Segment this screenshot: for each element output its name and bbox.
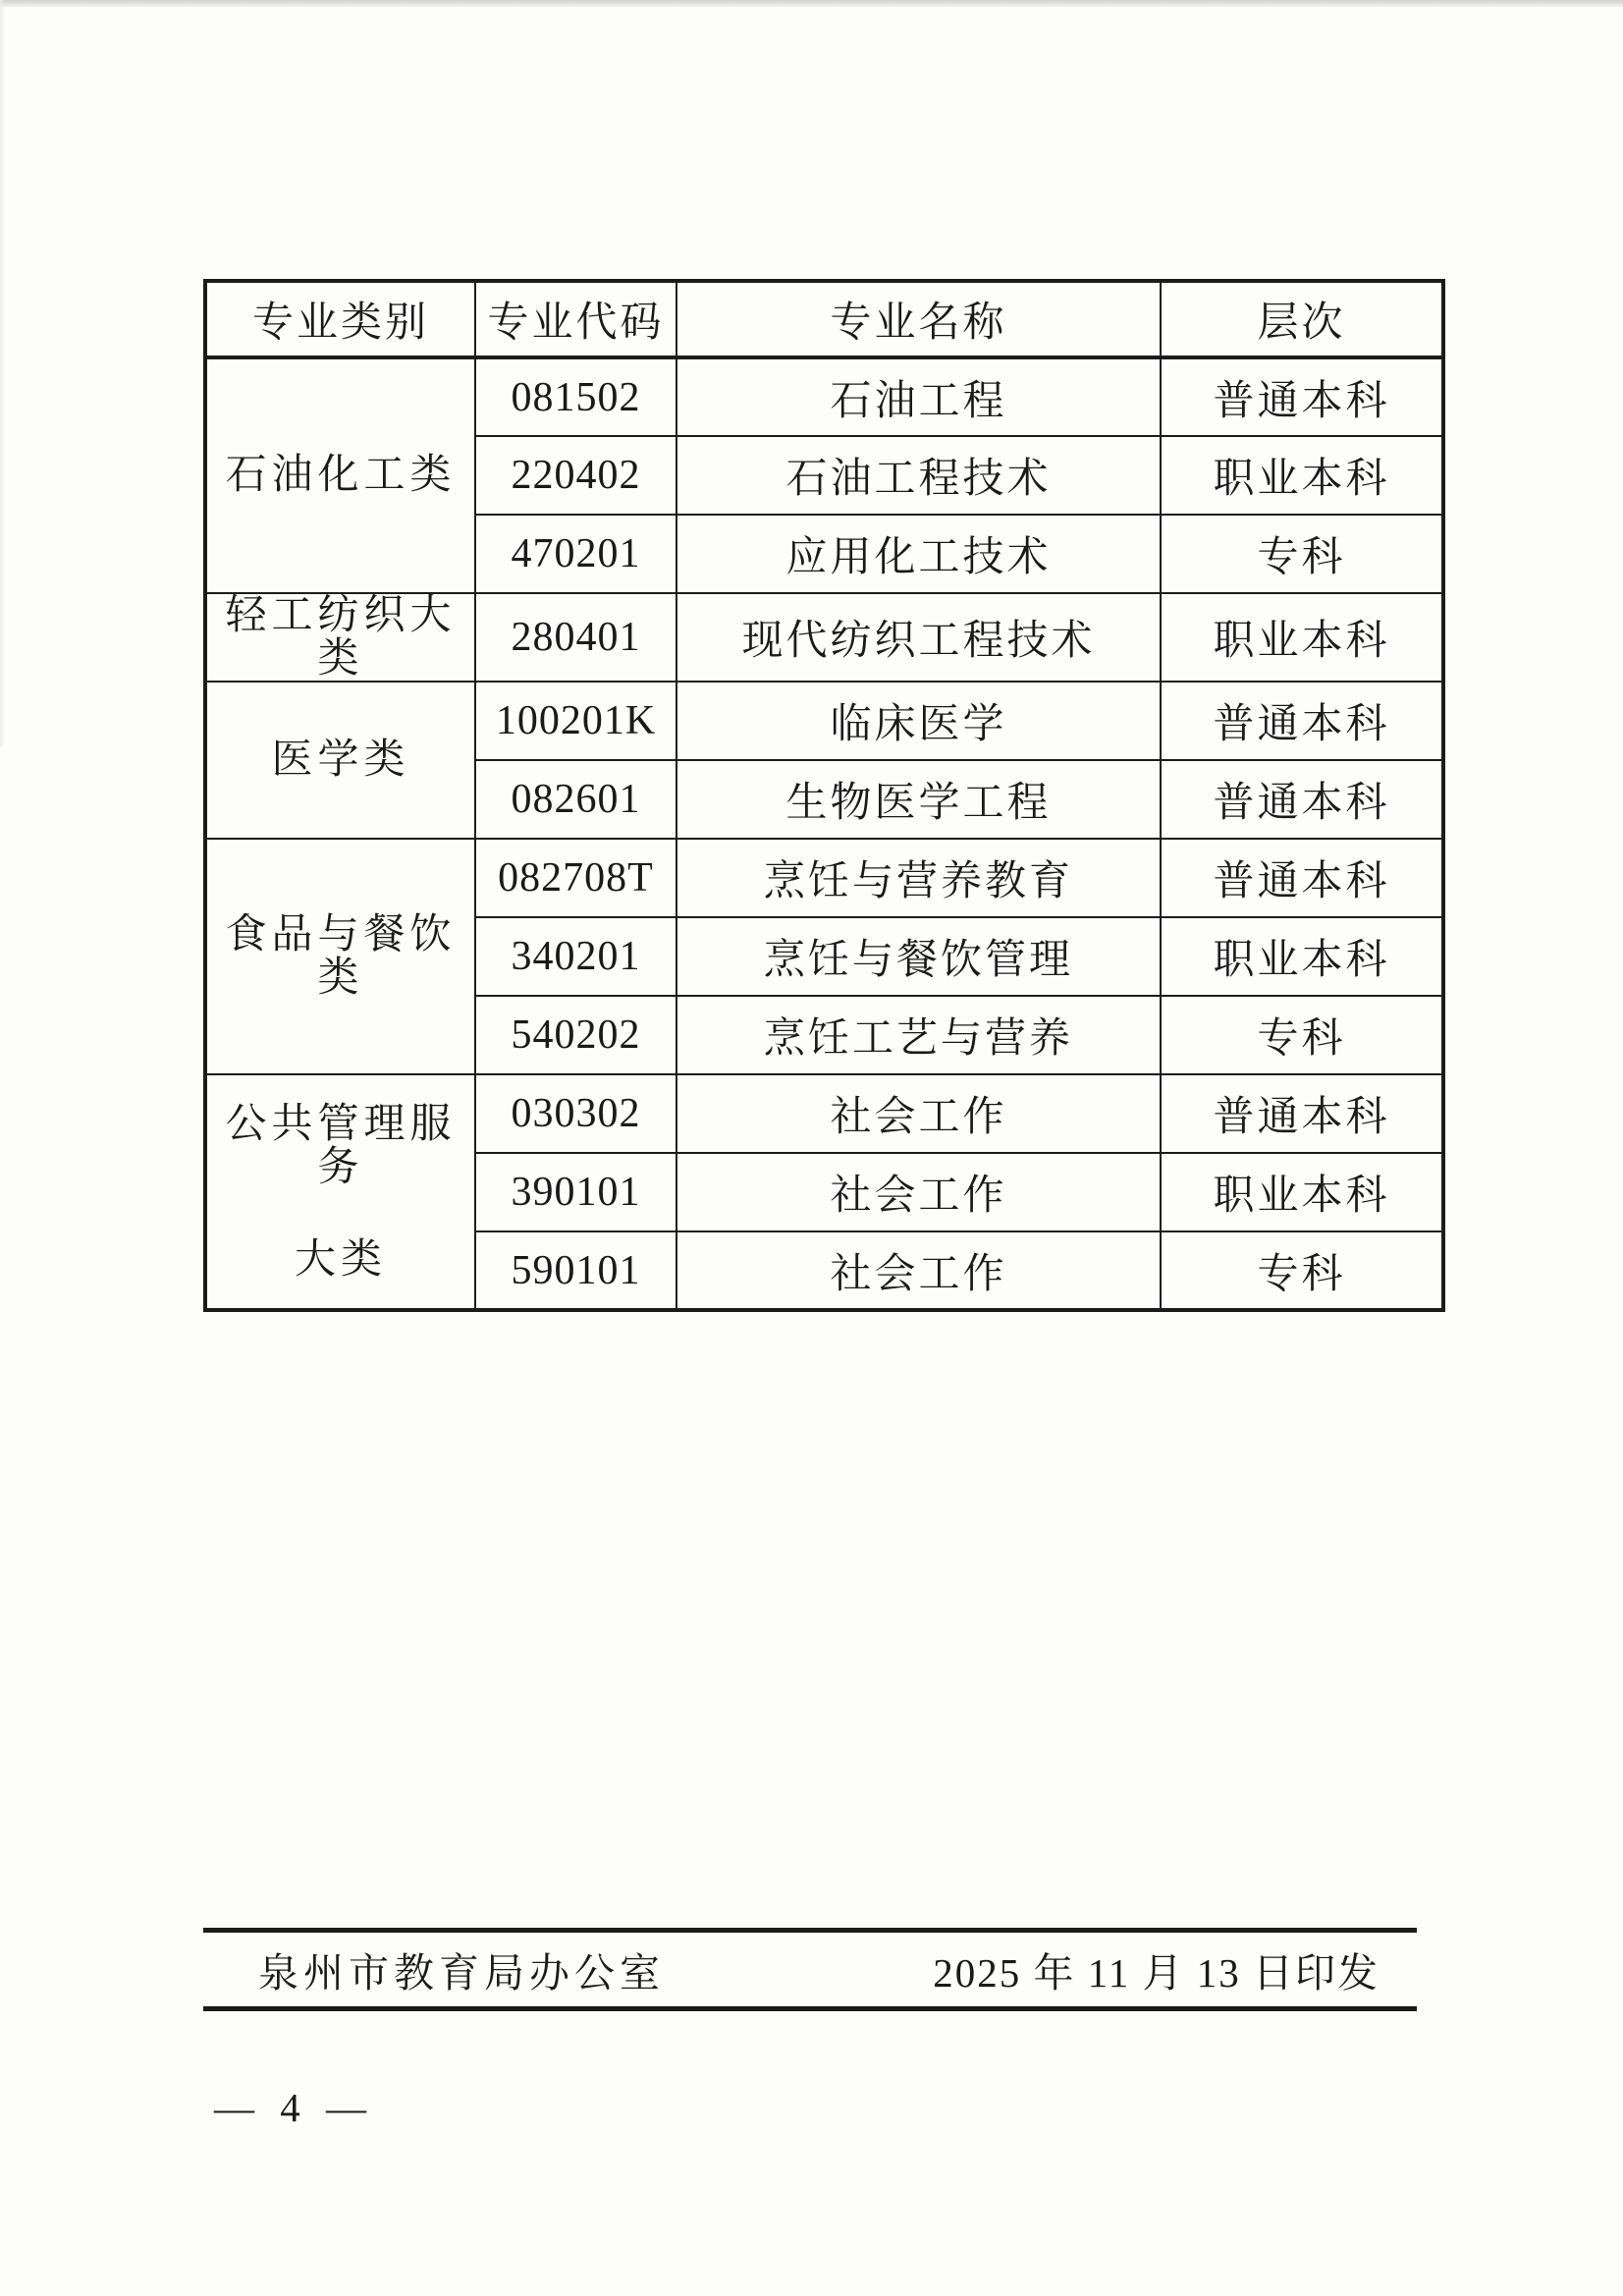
- name-cell: 社会工作: [676, 1231, 1161, 1310]
- category-cell: 医学类: [205, 682, 475, 839]
- level-cell: 专科: [1161, 996, 1443, 1074]
- name-cell: 石油工程: [676, 357, 1161, 436]
- header-major-category: 专业类别: [205, 281, 475, 357]
- level-cell: 普通本科: [1161, 760, 1443, 839]
- level-cell: 普通本科: [1161, 682, 1443, 760]
- code-cell: 030302: [475, 1074, 676, 1153]
- table-header-row: 专业类别 专业代码 专业名称 层次: [205, 281, 1443, 357]
- code-cell: 590101: [475, 1231, 676, 1310]
- header-major-name: 专业名称: [676, 281, 1161, 357]
- name-cell: 现代纺织工程技术: [676, 593, 1161, 682]
- code-cell: 082708T: [475, 839, 676, 917]
- level-cell: 专科: [1161, 515, 1443, 593]
- category-cell: 食品与餐饮类: [205, 839, 475, 1074]
- footer-rule-bottom: [203, 2006, 1417, 2011]
- scan-edge-left-artifact: [0, 0, 5, 746]
- print-date: 2025 年 11 月 13 日印发: [933, 1941, 1380, 1998]
- name-cell: 社会工作: [676, 1074, 1161, 1153]
- table-row: 轻工纺织大类280401现代纺织工程技术职业本科: [205, 593, 1443, 682]
- table-row: 医学类100201K临床医学普通本科: [205, 682, 1443, 760]
- name-cell: 临床医学: [676, 682, 1161, 760]
- name-cell: 社会工作: [676, 1153, 1161, 1231]
- code-cell: 280401: [475, 593, 676, 682]
- scan-edge-artifact: [0, 0, 1623, 7]
- code-cell: 340201: [475, 917, 676, 996]
- document-page: 专业类别 专业代码 专业名称 层次 石油化工类081502石油工程普通本科220…: [0, 0, 1623, 2296]
- level-cell: 职业本科: [1161, 917, 1443, 996]
- header-major-code: 专业代码: [475, 281, 676, 357]
- level-cell: 普通本科: [1161, 1074, 1443, 1153]
- name-cell: 烹饪与餐饮管理: [676, 917, 1161, 996]
- level-cell: 普通本科: [1161, 839, 1443, 917]
- code-cell: 390101: [475, 1153, 676, 1231]
- code-cell: 220402: [475, 436, 676, 515]
- issuing-office: 泉州市教育局办公室: [258, 1941, 665, 1998]
- majors-table: 专业类别 专业代码 专业名称 层次 石油化工类081502石油工程普通本科220…: [203, 279, 1445, 1312]
- table-row: 公共管理服务大类030302社会工作普通本科: [205, 1074, 1443, 1153]
- name-cell: 烹饪工艺与营养: [676, 996, 1161, 1074]
- category-cell: 石油化工类: [205, 357, 475, 593]
- level-cell: 专科: [1161, 1231, 1443, 1310]
- code-cell: 470201: [475, 515, 676, 593]
- code-cell: 082601: [475, 760, 676, 839]
- code-cell: 100201K: [475, 682, 676, 760]
- level-cell: 普通本科: [1161, 357, 1443, 436]
- name-cell: 生物医学工程: [676, 760, 1161, 839]
- page-number: — 4 —: [214, 2084, 374, 2131]
- name-cell: 石油工程技术: [676, 436, 1161, 515]
- name-cell: 应用化工技术: [676, 515, 1161, 593]
- category-cell: 轻工纺织大类: [205, 593, 475, 682]
- table-row: 石油化工类081502石油工程普通本科: [205, 357, 1443, 436]
- level-cell: 职业本科: [1161, 1153, 1443, 1231]
- name-cell: 烹饪与营养教育: [676, 839, 1161, 917]
- level-cell: 职业本科: [1161, 593, 1443, 682]
- code-cell: 540202: [475, 996, 676, 1074]
- code-cell: 081502: [475, 357, 676, 436]
- category-cell: 公共管理服务大类: [205, 1074, 475, 1310]
- header-level: 层次: [1161, 281, 1443, 357]
- footer-row: 泉州市教育局办公室 2025 年 11 月 13 日印发: [203, 1933, 1417, 2006]
- level-cell: 职业本科: [1161, 436, 1443, 515]
- table-row: 食品与餐饮类082708T烹饪与营养教育普通本科: [205, 839, 1443, 917]
